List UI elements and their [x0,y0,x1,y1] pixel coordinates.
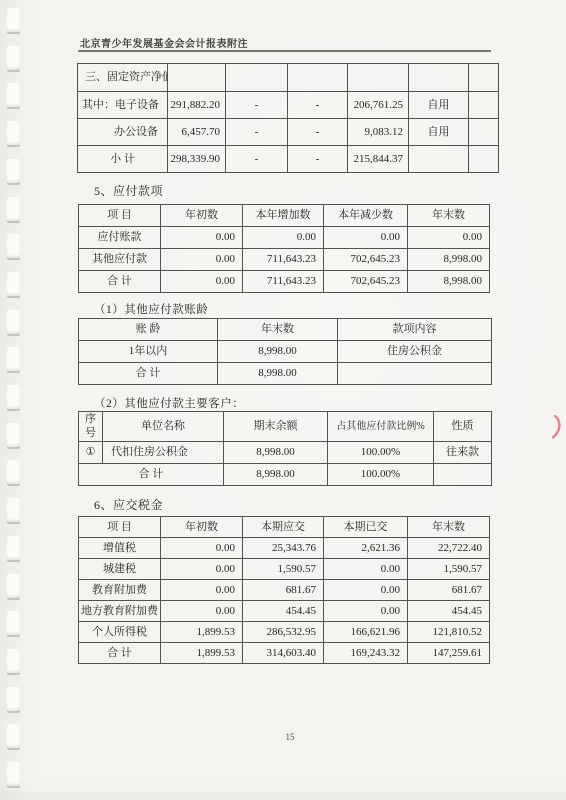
red-pen-mark [551,413,565,441]
table-cell: 8,998.00 [408,249,490,271]
table-cell: 住房公积金 [338,341,492,363]
table-cell: 166,621.96 [324,622,408,643]
table-cell: 454.45 [243,601,324,622]
table-cell: 0.00 [161,227,243,249]
section-title-payables: 5、应付款项 [94,182,163,199]
table-cell: 1,899.53 [161,622,243,643]
table-row: 城建税0.001,590.570.001,590.57 [79,559,490,580]
table-cell: 三、固定资产净值 [78,64,168,92]
table-cell: 22,722.40 [408,538,490,559]
table-cell: 1,590.57 [243,559,324,580]
table-row: 合 计8,998.00100.00% [79,464,492,486]
table-cell: 6,457.70 [168,119,226,146]
table-row: 个人所得税1,899.53286,532.95166,621.96121,810… [79,622,490,643]
table-cell [288,64,348,92]
table-row: 项 目年初数本年增加数本年减少数年末数 [79,205,490,227]
column-header: 本年增加数 [243,205,324,227]
table-cell: 办公设备 [78,119,168,146]
table-cell: 应付账款 [79,227,161,249]
binding-hole [7,272,20,296]
table-cell [168,64,226,92]
taxes-table: 项 目年初数本期应交本期已交年末数增值税0.0025,343.762,621.3… [78,516,490,664]
table-cell: 286,532.95 [243,622,324,643]
table-row: 办公设备6,457.70--9,083.12自用 [78,119,499,146]
binding-hole [7,574,20,598]
table-cell: 702,645.23 [324,271,408,293]
table-cell [469,64,499,92]
page-number: 15 [275,732,305,742]
table-cell: 0.00 [324,580,408,601]
table-cell: - [288,146,348,173]
table-cell: 0.00 [243,227,324,249]
column-header: 账 龄 [79,319,218,341]
binding-hole [7,423,20,447]
table-cell: 0.00 [161,271,243,293]
column-header: 款项内容 [338,319,492,341]
table-row: 增值税0.0025,343.762,621.3622,722.40 [79,538,490,559]
table-cell: 自用 [409,92,469,119]
table-cell: 地方教育附加费 [79,601,161,622]
table-cell: - [288,92,348,119]
table-cell: 711,643.23 [243,271,324,293]
column-header: 单位名称 [103,412,224,442]
table-row: 账 龄年末数款项内容 [79,319,492,341]
table-cell: 8,998.00 [224,464,328,486]
column-header: 年末数 [408,517,490,538]
table-cell: 合 计 [79,271,161,293]
header-rule [78,50,491,52]
table-cell: 100.00% [328,464,434,486]
binding-hole [7,234,20,258]
table-cell: 代扣住房公积金 [103,442,224,464]
table-cell: 681.67 [408,580,490,601]
table-cell [338,363,492,385]
table-row: 合 计0.00711,643.23702,645.238,998.00 [79,271,490,293]
table-cell [469,92,499,119]
table-cell: 合 计 [79,643,161,664]
column-header: 项 目 [79,205,161,227]
table-cell [434,464,492,486]
table-cell [409,146,469,173]
table-cell: 169,243.32 [324,643,408,664]
table-cell: 0.00 [324,601,408,622]
table-cell: 0.00 [161,601,243,622]
binding-hole [7,385,20,409]
table-cell: 25,343.76 [243,538,324,559]
table-cell: 454.45 [408,601,490,622]
column-header: 本期应交 [243,517,324,538]
table-cell: 100.00% [328,442,434,464]
table-cell: 个人所得税 [79,622,161,643]
table-cell: 711,643.23 [243,249,324,271]
payables-table: 项 目年初数本年增加数本年减少数年末数应付账款0.000.000.000.00其… [78,204,490,293]
column-header: 本期已交 [324,517,408,538]
table-cell: 0.00 [161,538,243,559]
table-cell: 291,882.20 [168,92,226,119]
table-cell: 其中：电子设备 [78,92,168,119]
table-row: 其中：电子设备291,882.20--206,761.25自用 [78,92,499,119]
binding-hole [7,762,20,786]
binding-hole [7,536,20,560]
table-cell: 0.00 [324,227,408,249]
table-cell [348,64,409,92]
binding-hole [7,460,20,484]
column-header: 年初数 [161,517,243,538]
table-cell [226,64,288,92]
table-cell [469,146,499,173]
column-header: 年初数 [161,205,243,227]
table-cell: 121,810.52 [408,622,490,643]
binding-hole [7,724,20,748]
table-row: 应付账款0.000.000.000.00 [79,227,490,249]
table-cell: 城建税 [79,559,161,580]
binding-hole [7,310,20,334]
table-cell: 681.67 [243,580,324,601]
table-cell: 9,083.12 [348,119,409,146]
table-cell: 小 计 [78,146,168,173]
table-row: 小 计298,339.90--215,844.37 [78,146,499,173]
binding-hole [7,687,20,711]
table-cell: 298,339.90 [168,146,226,173]
table-cell: 8,998.00 [218,363,338,385]
binding-hole [7,121,20,145]
table-cell: 合 计 [79,464,224,486]
table-cell [469,119,499,146]
table-cell: 8,998.00 [218,341,338,363]
table-row: 教育附加费0.00681.670.00681.67 [79,580,490,601]
doc-header-title: 北京青少年发展基金会会计报表附注 [80,35,248,50]
table-cell: ① [79,442,103,464]
table-row: 地方教育附加费0.00454.450.00454.45 [79,601,490,622]
table-cell: 其他应付款 [79,249,161,271]
table-cell: 8,998.00 [408,271,490,293]
table-cell [409,64,469,92]
column-header: 序号 [79,412,103,442]
binding-hole [7,197,20,221]
column-header: 期末余额 [224,412,328,442]
table-cell: 1,899.53 [161,643,243,664]
table-cell: 8,998.00 [224,442,328,464]
table-cell: 0.00 [324,559,408,580]
subsection-title-clients: （2）其他应付款主要客户： [94,395,244,411]
table-cell: 215,844.37 [348,146,409,173]
table-cell: - [226,146,288,173]
table-cell: 1,590.57 [408,559,490,580]
table-cell: 147,259.61 [408,643,490,664]
column-header: 性质 [434,412,492,442]
column-header: 本年减少数 [324,205,408,227]
table-cell: 0.00 [408,227,490,249]
table-cell: 0.00 [161,249,243,271]
table-cell: 往来款 [434,442,492,464]
table-cell: - [288,119,348,146]
table-row: 项 目年初数本期应交本期已交年末数 [79,517,490,538]
binding-hole [7,159,20,183]
table-cell: 自用 [409,119,469,146]
scanned-page: 北京青少年发展基金会会计报表附注 三、固定资产净值其中：电子设备291,882.… [0,0,566,800]
table-cell: - [226,119,288,146]
binding-hole [7,611,20,635]
binding-hole [7,46,20,70]
binding-hole [7,498,20,522]
clients-table: 序号单位名称期末余额占其他应付款比例%性质①代扣住房公积金8,998.00100… [78,411,492,486]
column-header: 年末数 [218,319,338,341]
binding-hole [7,8,20,32]
subsection-title-aging: （1）其他应付款账龄 [94,301,208,317]
binding-hole [7,347,20,371]
table-cell: - [226,92,288,119]
table-cell: 206,761.25 [348,92,409,119]
table-cell: 0.00 [161,559,243,580]
table-cell: 教育附加费 [79,580,161,601]
table-row: 三、固定资产净值 [78,64,499,92]
table-row: 其他应付款0.00711,643.23702,645.238,998.00 [79,249,490,271]
aging-table: 账 龄年末数款项内容1年以内8,998.00住房公积金合 计8,998.00 [78,318,492,385]
fixed-assets-table: 三、固定资产净值其中：电子设备291,882.20--206,761.25自用办… [77,63,499,173]
column-header: 项 目 [79,517,161,538]
table-row: 合 计8,998.00 [79,363,492,385]
column-header: 占其他应付款比例% [328,412,434,442]
column-header: 年末数 [408,205,490,227]
binding-hole [7,649,20,673]
binding-hole [7,83,20,107]
table-row: 1年以内8,998.00住房公积金 [79,341,492,363]
table-row: ①代扣住房公积金8,998.00100.00%往来款 [79,442,492,464]
table-cell: 合 计 [79,363,218,385]
section-title-taxes: 6、应交税金 [94,496,163,513]
table-cell: 1年以内 [79,341,218,363]
table-cell: 702,645.23 [324,249,408,271]
table-row: 序号单位名称期末余额占其他应付款比例%性质 [79,412,492,442]
table-cell: 2,621.36 [324,538,408,559]
table-row: 合 计1,899.53314,603.40169,243.32147,259.6… [79,643,490,664]
table-cell: 314,603.40 [243,643,324,664]
table-cell: 0.00 [161,580,243,601]
table-cell: 增值税 [79,538,161,559]
